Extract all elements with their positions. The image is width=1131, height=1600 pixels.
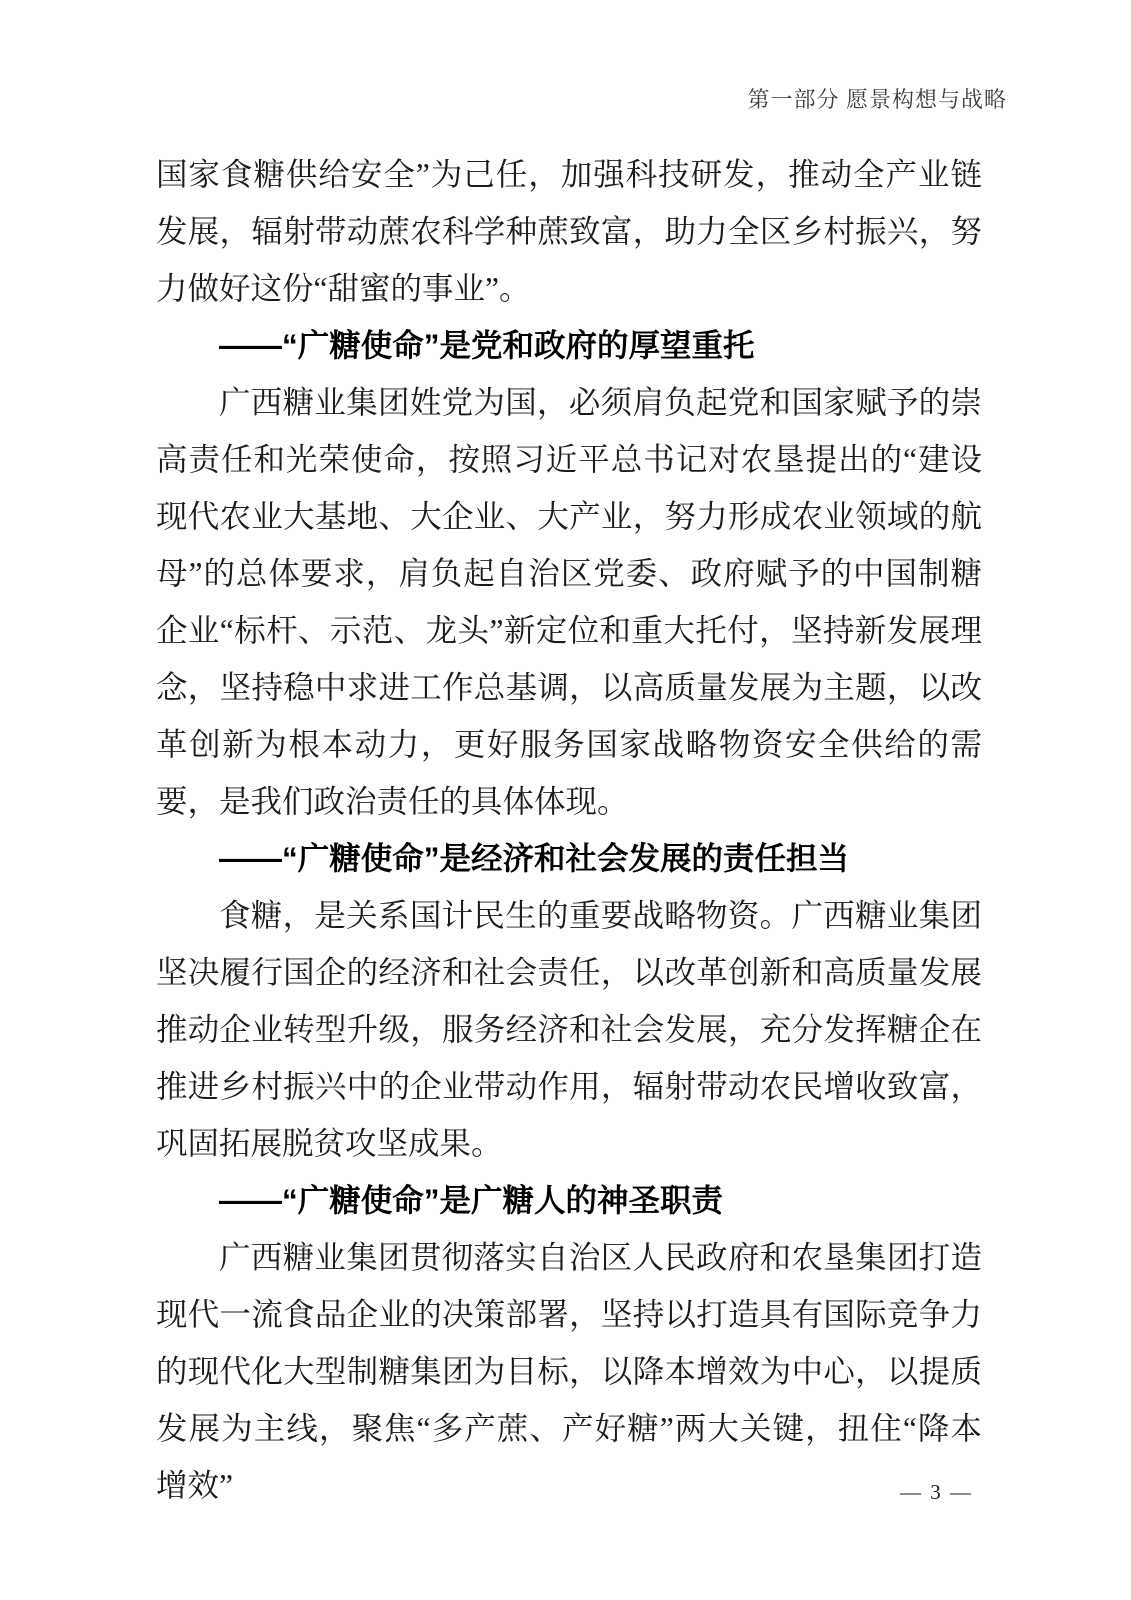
body-paragraph: 国家食糖供给安全”为己任，加强科技研发，推动全产业链发展，辐射带动蔗农科学种蔗致… (156, 146, 982, 317)
body-paragraph: 食糖，是关系国计民生的重要战略物资。广西糖业集团坚决履行国企的经济和社会责任，以… (156, 887, 982, 1172)
section-heading: ——“广糖使命”是广糖人的神圣职责 (156, 1172, 982, 1229)
body-paragraph: 广西糖业集团贯彻落实自治区人民政府和农垦集团打造现代一流食品企业的决策部署，坚持… (156, 1229, 982, 1514)
page-number: — 3 — (900, 1480, 973, 1505)
running-header: 第一部分 愿景构想与战略 (747, 83, 1007, 114)
document-body: 国家食糖供给安全”为己任，加强科技研发，推动全产业链发展，辐射带动蔗农科学种蔗致… (156, 146, 982, 1514)
body-paragraph: 广西糖业集团姓党为国，必须肩负起党和国家赋予的崇高责任和光荣使命，按照习近平总书… (156, 374, 982, 830)
document-page: 第一部分 愿景构想与战略 国家食糖供给安全”为己任，加强科技研发，推动全产业链发… (0, 0, 1131, 1600)
section-heading: ——“广糖使命”是经济和社会发展的责任担当 (156, 830, 982, 887)
section-heading: ——“广糖使命”是党和政府的厚望重托 (156, 317, 982, 374)
